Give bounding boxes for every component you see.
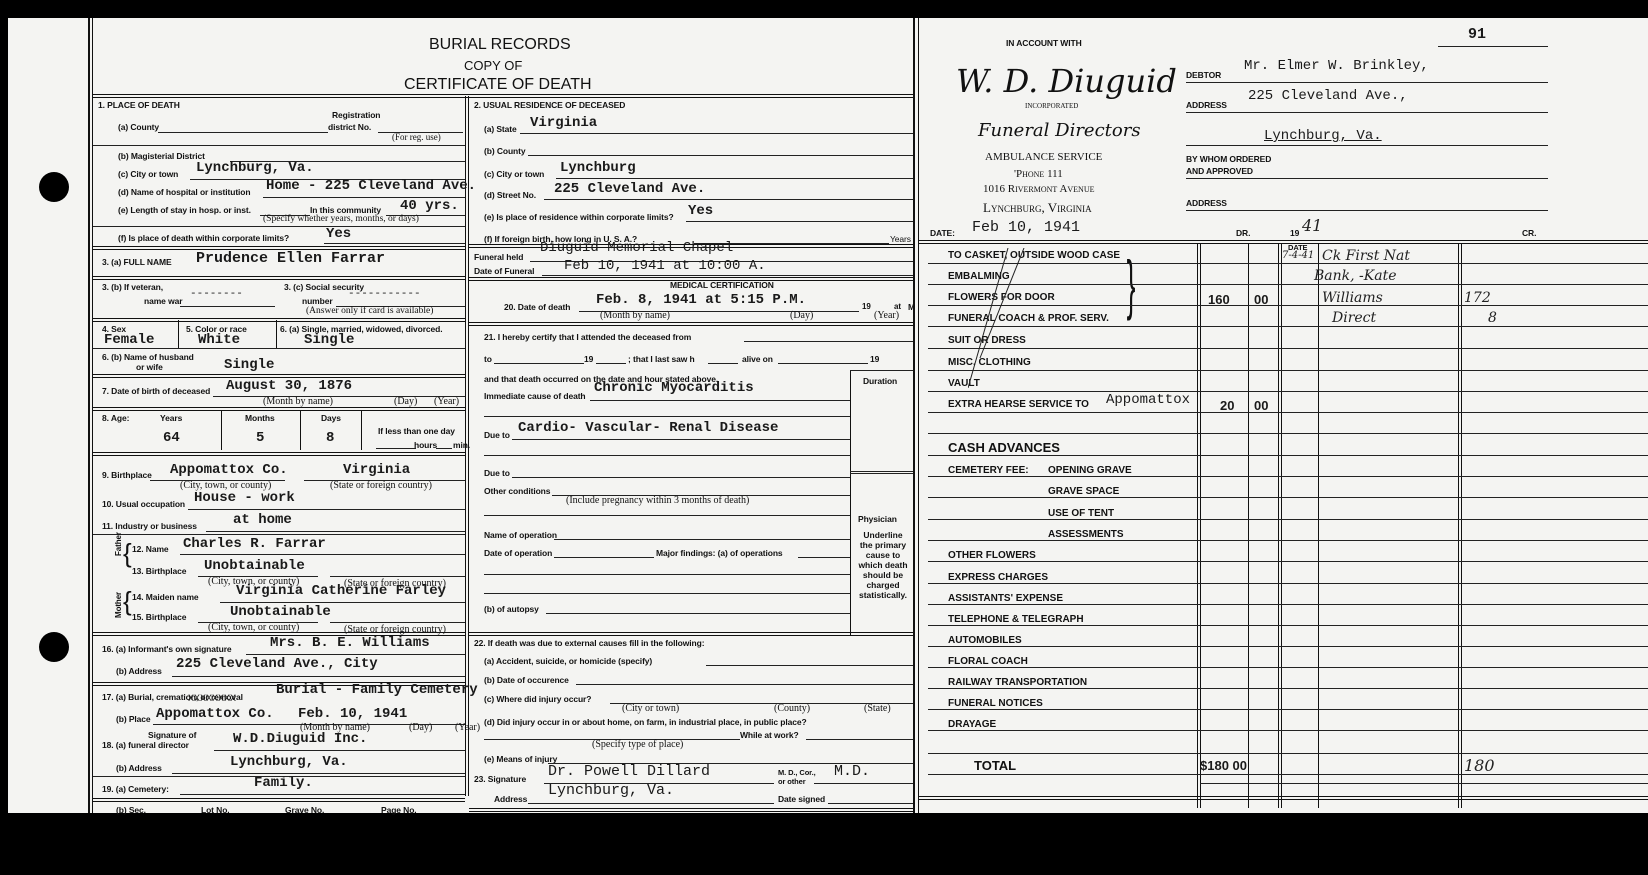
hospital-value: Home - 225 Cleveland Ave. bbox=[266, 178, 476, 194]
ss-note: (Answer only if card is available) bbox=[306, 306, 433, 316]
age-years-label: Years bbox=[160, 413, 182, 423]
magisterial-label: (b) Magisterial District bbox=[118, 151, 205, 161]
community-value: 40 yrs. bbox=[400, 198, 459, 214]
immediate-cause-label: Immediate cause of death bbox=[484, 391, 586, 401]
item-floral-coach: FLORAL COACH bbox=[948, 656, 1028, 667]
item-assistants-expense: ASSISTANTS' EXPENSE bbox=[948, 593, 1063, 604]
external-e-label: (e) Means of injury bbox=[484, 754, 557, 764]
place-of-death-heading: 1. PLACE OF DEATH bbox=[98, 100, 180, 110]
death-19-label: 19 bbox=[862, 302, 871, 311]
physician-note-title: Physician bbox=[858, 514, 897, 524]
res-street-label: (d) Street No. bbox=[484, 190, 536, 200]
dob-month-note: (Month by name) bbox=[263, 396, 333, 407]
cr-label: CR. bbox=[1522, 228, 1536, 238]
total-label: TOTAL bbox=[974, 758, 1016, 773]
spouse-value: Single bbox=[224, 357, 274, 373]
stay-note: (Specify whether years, months, or days) bbox=[263, 214, 419, 224]
other-conditions-note: (Include pregnancy within 3 months of de… bbox=[566, 495, 749, 506]
debtor-address-value: 225 Cleveland Ave., bbox=[1248, 88, 1408, 104]
burial-strike: XXXXXXXX bbox=[188, 694, 236, 705]
corporate-label: (f) Is place of death within corporate l… bbox=[118, 233, 289, 243]
item-grave-space: GRAVE SPACE bbox=[1048, 486, 1119, 497]
ambulance-label: AMBULANCE SERVICE bbox=[985, 151, 1102, 163]
title-certificate: CERTIFICATE OF DEATH bbox=[404, 76, 592, 94]
credit-note-2: Bank, -Kate bbox=[1314, 268, 1396, 284]
dr-label: DR. bbox=[1236, 228, 1250, 238]
age-days-value: 8 bbox=[326, 430, 334, 446]
punch-hole-bottom bbox=[39, 632, 69, 662]
burial-day-note: (Day) bbox=[409, 722, 432, 733]
full-name-value: Prudence Ellen Farrar bbox=[196, 250, 385, 267]
ordered-address-label: ADDRESS bbox=[1186, 198, 1227, 208]
res-street-value: 225 Cleveland Ave. bbox=[554, 181, 705, 197]
duration-label: Duration bbox=[863, 376, 897, 386]
res-city-value: Lynchburg bbox=[560, 160, 636, 176]
debtor-city-value: Lynchburg, Va. bbox=[1264, 128, 1382, 144]
credit-note-3: Williams bbox=[1322, 290, 1383, 306]
debtor-label: DEBTOR bbox=[1186, 70, 1221, 80]
mother-side-label: Mother bbox=[114, 592, 123, 618]
res-state-label: (a) State bbox=[484, 124, 517, 134]
account-page-number: 91 bbox=[1468, 26, 1486, 43]
res-city-label: (c) City or town bbox=[484, 169, 544, 179]
company-city: Lynchburg, Virginia bbox=[983, 200, 1092, 216]
other-conditions-label: Other conditions bbox=[484, 486, 550, 496]
death-m-label: M bbox=[908, 302, 915, 312]
center-border bbox=[913, 18, 915, 813]
credit-amount-1: 172 bbox=[1464, 290, 1491, 306]
sex-value: Female bbox=[104, 332, 154, 348]
external-state-note: (State) bbox=[864, 703, 891, 714]
debtor-value: Mr. Elmer W. Brinkley, bbox=[1244, 58, 1429, 74]
date-signed-label: Date signed bbox=[778, 794, 825, 804]
age-months-label: Months bbox=[245, 413, 275, 423]
physician-address-value: Lynchburg, Va. bbox=[548, 782, 674, 799]
immediate-cause-value: Chronic Myocarditis bbox=[594, 380, 754, 396]
total-value: $180 00 bbox=[1200, 758, 1247, 773]
certify-end-19: 19 bbox=[870, 354, 879, 364]
informant-address-value: 225 Cleveland Ave., City bbox=[176, 656, 378, 672]
funeral-date-label: Date of Funeral bbox=[474, 266, 534, 276]
birthplace-city-value: Appomattox Co. bbox=[170, 462, 288, 478]
name-war-label: name war bbox=[144, 296, 182, 306]
strike-diagonal-icon bbox=[968, 248, 1068, 388]
director-address-label: (b) Address bbox=[116, 763, 162, 773]
cemetery-value: Family. bbox=[254, 775, 313, 791]
death-month-note: (Month by name) bbox=[600, 310, 670, 321]
credit-total: 180 bbox=[1464, 756, 1495, 775]
due-to-value: Cardio- Vascular- Renal Disease bbox=[518, 420, 778, 436]
industry-label: 11. Industry or business bbox=[102, 521, 197, 531]
father-birthplace-label: 13. Birthplace bbox=[132, 566, 186, 576]
item-other-flowers: OTHER FLOWERS bbox=[948, 550, 1036, 561]
certify-mid: ; that I last saw h bbox=[628, 354, 695, 364]
district-label: district No. bbox=[328, 122, 371, 132]
account-date-label: DATE: bbox=[930, 228, 955, 238]
item-use-of-tent: USE OF TENT bbox=[1048, 508, 1114, 519]
director-address-value: Lynchburg, Va. bbox=[230, 754, 348, 770]
autopsy-label: (b) of autopsy bbox=[484, 604, 539, 614]
res-state-value: Virginia bbox=[530, 115, 597, 131]
md-label: M. D., Cor., bbox=[778, 768, 816, 777]
residence-heading: 2. USUAL RESIDENCE OF DECEASED bbox=[474, 100, 625, 110]
md-other-label: or other bbox=[778, 777, 806, 786]
ss-value: ----------- bbox=[348, 288, 421, 300]
item-opening-grave: OPENING GRAVE bbox=[1048, 465, 1132, 476]
father-side-label: Father bbox=[114, 532, 123, 556]
sec-label: (b) Sec. bbox=[116, 805, 146, 815]
extra-hearse-destination: Appomattox bbox=[1106, 392, 1190, 408]
death-day-note: (Day) bbox=[790, 310, 813, 321]
debtor-address-label: ADDRESS bbox=[1186, 100, 1227, 110]
mother-birthplace-label: 15. Birthplace bbox=[132, 612, 186, 622]
physician-address-label: Address bbox=[494, 794, 527, 804]
res-foreign-years: Years bbox=[890, 234, 911, 244]
death-date-label: 20. Date of death bbox=[504, 302, 570, 312]
dob-year-note: (Year) bbox=[434, 396, 459, 407]
item-telephone: TELEPHONE & TELEGRAPH bbox=[948, 614, 1084, 625]
burial-year-note: (Year) bbox=[455, 722, 480, 733]
item-drayage: DRAYAGE bbox=[948, 719, 996, 730]
res-county-label: (b) County bbox=[484, 146, 526, 156]
father-brace-icon: { bbox=[123, 540, 132, 566]
left-border-inner bbox=[92, 18, 93, 813]
spouse-label-2: or wife bbox=[136, 362, 163, 372]
race-value: White bbox=[198, 332, 240, 348]
year-handwritten: 41 bbox=[1302, 216, 1322, 235]
due-to-label: Due to bbox=[484, 430, 510, 440]
dob-label: 7. Date of birth of deceased bbox=[102, 386, 210, 396]
item-assessments: ASSESSMENTS bbox=[1048, 529, 1124, 540]
veteran-value: -------- bbox=[190, 288, 243, 300]
death-date-value: Feb. 8, 1941 at 5:15 P.M. bbox=[596, 292, 806, 308]
major-findings-label: Major findings: (a) of operations bbox=[656, 548, 783, 558]
physician-signature-value: Dr. Powell Dillard bbox=[548, 763, 710, 780]
in-account-with: IN ACCOUNT WITH bbox=[1006, 38, 1082, 48]
external-city-note: (City or town) bbox=[622, 703, 679, 714]
burial-date-value: Feb. 10, 1941 bbox=[298, 706, 407, 722]
certify-to: to bbox=[484, 354, 492, 364]
birthplace-label: 9. Birthplace bbox=[102, 470, 152, 480]
occupation-label: 10. Usual occupation bbox=[102, 499, 185, 509]
res-corporate-value: Yes bbox=[688, 203, 713, 219]
age-less-label: If less than one day bbox=[378, 426, 455, 436]
certify-alive: alive on bbox=[742, 354, 773, 364]
mother-name-value: Virginia Catherine Farley bbox=[236, 583, 446, 599]
city-label: (c) City or town bbox=[118, 169, 178, 179]
due-to2-label: Due to bbox=[484, 468, 510, 478]
age-hours-label: hours bbox=[414, 440, 437, 450]
birthplace-state-value: Virginia bbox=[343, 462, 410, 478]
cemetery-label: 19. (a) Cemetery: bbox=[102, 784, 169, 794]
hospital-label: (d) Name of hospital or institution bbox=[118, 187, 251, 197]
item-extra-hearse: EXTRA HEARSE SERVICE TO bbox=[948, 399, 1089, 410]
informant-label: 16. (a) Informant's own signature bbox=[102, 644, 232, 654]
birthplace-state-note: (State or foreign country) bbox=[330, 480, 432, 491]
mother-birthplace-value: Unobtainable bbox=[230, 604, 331, 620]
operation-name-label: Name of operation bbox=[484, 530, 557, 540]
age-months-value: 5 bbox=[256, 430, 264, 446]
burial-place-label: (b) Place bbox=[116, 714, 151, 724]
dob-day-note: (Day) bbox=[394, 396, 417, 407]
external-a-label: (a) Accident, suicide, or homicide (spec… bbox=[484, 656, 652, 666]
external-heading: 22. If death was due to external causes … bbox=[474, 638, 704, 648]
item-railway: RAILWAY TRANSPORTATION bbox=[948, 677, 1087, 688]
medical-heading: MEDICAL CERTIFICATION bbox=[670, 280, 774, 290]
company-logo: W. D. Diuguid bbox=[956, 62, 1177, 100]
external-county-note: (County) bbox=[774, 703, 810, 714]
operation-date-label: Date of operation bbox=[484, 548, 552, 558]
punch-hole-top bbox=[39, 172, 69, 202]
father-birthplace-value: Unobtainable bbox=[204, 558, 305, 574]
burial-record-document: BURIAL RECORDS COPY OF CERTIFICATE OF DE… bbox=[8, 18, 1648, 813]
header-divider bbox=[93, 94, 913, 98]
ordered-label-1: BY WHOM ORDERED bbox=[1186, 154, 1271, 164]
corporate-value: Yes bbox=[326, 226, 351, 242]
cash-advances-heading: CASH ADVANCES bbox=[948, 440, 1060, 455]
spouse-label: 6. (b) Name of husband bbox=[102, 352, 194, 362]
burial-place-value: Appomattox Co. bbox=[156, 706, 274, 722]
res-corporate-label: (e) Is place of residence within corpora… bbox=[484, 212, 674, 222]
item-funeral-notices: FUNERAL NOTICES bbox=[948, 698, 1043, 709]
age-min-label: min. bbox=[453, 440, 470, 450]
lot-label: Lot No. bbox=[201, 805, 230, 815]
center-border-inner bbox=[918, 18, 919, 813]
director-value: W.D.Diuguid Inc. bbox=[233, 731, 367, 747]
ordered-label-2: AND APPROVED bbox=[1186, 166, 1253, 176]
death-city-value: Lynchburg, Va. bbox=[196, 160, 314, 176]
certify-line1: 21. I hereby certify that I attended the… bbox=[484, 332, 691, 342]
funeral-directors-label: Funeral Directors bbox=[978, 120, 1141, 141]
credit-note-1: Ck First Nat bbox=[1322, 248, 1410, 264]
age-label: 8. Age: bbox=[102, 413, 129, 423]
director-label-2: 18. (a) funeral director bbox=[102, 740, 189, 750]
reg-use-note: (For reg. use) bbox=[392, 132, 441, 142]
funeral-held-label: Funeral held bbox=[474, 252, 523, 262]
credit-amount-2: 8 bbox=[1488, 310, 1497, 326]
page-label: Page No. bbox=[381, 805, 417, 815]
marital-value: Single bbox=[304, 332, 354, 348]
hearse-cents: 00 bbox=[1254, 398, 1268, 413]
ss-number-label: number bbox=[302, 296, 333, 306]
cemetery-fee-label: CEMETERY FEE: bbox=[948, 465, 1029, 476]
stay-label: (e) Length of stay in hosp. or inst. bbox=[118, 205, 251, 215]
external-c-label: (c) Where did injury occur? bbox=[484, 694, 591, 704]
incorporated-label: INCORPORATED bbox=[1025, 102, 1078, 110]
certify-19: 19 bbox=[584, 354, 593, 364]
external-d-label: (d) Did injury occur in or about home, o… bbox=[484, 717, 807, 727]
physician-note: Underline the primary cause to which dea… bbox=[854, 530, 912, 600]
director-label-1: Signature of bbox=[148, 730, 196, 740]
registration-label: Registration bbox=[332, 110, 380, 120]
father-name-value: Charles R. Farrar bbox=[183, 536, 326, 552]
full-name-label: 3. (a) FULL NAME bbox=[102, 257, 172, 267]
burial-value: Burial - Family Cemetery bbox=[276, 682, 478, 698]
company-street: 1016 Rivermont Avenue bbox=[983, 183, 1095, 195]
md-value: M.D. bbox=[834, 763, 870, 780]
mother-brace-icon: { bbox=[123, 588, 132, 614]
funeral-date-value: Feb 10, 1941 at 10:00 A. bbox=[564, 258, 766, 274]
mother-name-label: 14. Maiden name bbox=[132, 592, 199, 602]
dob-value: August 30, 1876 bbox=[226, 378, 352, 394]
father-name-label: 12. Name bbox=[132, 544, 169, 554]
year-prefix: 19 bbox=[1290, 228, 1299, 238]
occupation-value: House - work bbox=[194, 490, 295, 506]
hearse-dollars: 20 bbox=[1220, 398, 1234, 413]
veteran-label: 3. (b) If veteran, bbox=[102, 282, 163, 292]
informant-value: Mrs. B. E. Williams bbox=[270, 635, 430, 651]
credit-note-4: Direct bbox=[1332, 310, 1376, 326]
title-copy-of: COPY OF bbox=[464, 58, 522, 73]
phone-label: 'Phone 111 bbox=[1014, 168, 1063, 180]
physician-signature-label: 23. Signature bbox=[474, 774, 526, 784]
title-burial-records: BURIAL RECORDS bbox=[429, 36, 571, 54]
external-work-label: While at work? bbox=[740, 730, 799, 740]
age-days-label: Days bbox=[321, 413, 341, 423]
funeral-held-value: Diuguid Memorial Chapel bbox=[540, 240, 733, 256]
grave-label: Grave No. bbox=[285, 805, 324, 815]
account-date-value: Feb 10, 1941 bbox=[972, 219, 1080, 236]
informant-address-label: (b) Address bbox=[116, 666, 162, 676]
external-b-label: (b) Date of occurence bbox=[484, 675, 569, 685]
industry-value: at home bbox=[233, 512, 292, 528]
date-column-handwritten: 7-4-41 bbox=[1282, 250, 1314, 261]
age-years-value: 64 bbox=[163, 430, 180, 446]
county-label: (a) County bbox=[118, 122, 159, 132]
left-border bbox=[88, 18, 90, 813]
external-place-note: (Specify type of place) bbox=[592, 739, 683, 750]
item-express-charges: EXPRESS CHARGES bbox=[948, 572, 1048, 583]
death-year-note: (Year) bbox=[874, 310, 899, 321]
item-automobiles: AUTOMOBILES bbox=[948, 635, 1022, 646]
